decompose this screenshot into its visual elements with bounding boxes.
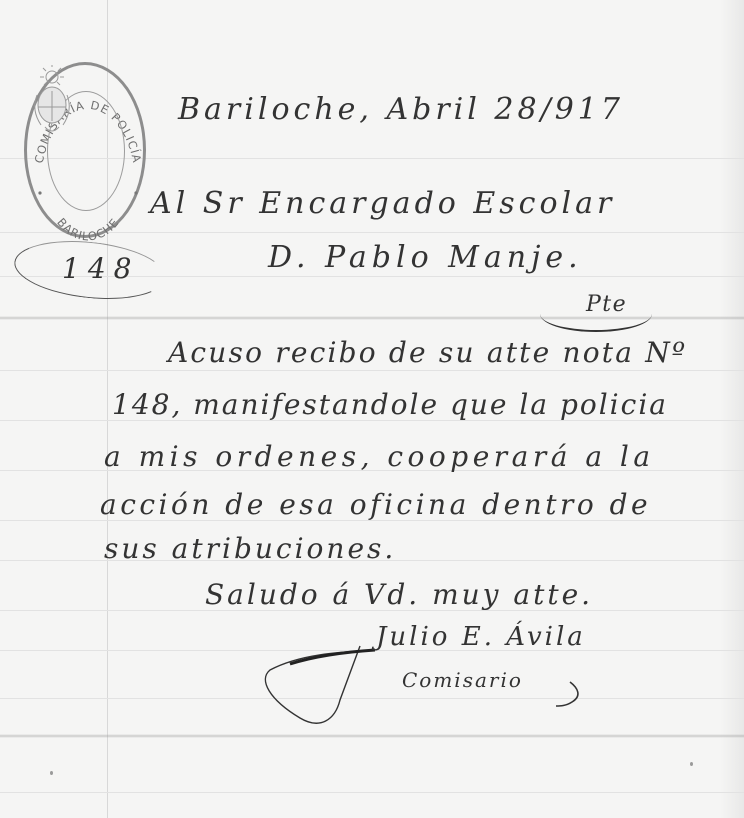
closing-salutation: Saludo á Vd. muy atte. (205, 578, 593, 611)
argentine-coat-of-arms-icon (27, 65, 77, 145)
scanned-letter-page: COMISARÍA DE POLICÍA BARILOCHE 148 Baril… (0, 0, 744, 818)
ruled-line (0, 370, 744, 371)
body-line-1: Acuso recibo de su atte nota Nº (168, 336, 687, 369)
paper-fold (0, 734, 744, 738)
paper-speck (690, 762, 693, 766)
body-line-4: acción de esa oficina dentro de (100, 488, 651, 521)
reference-number: 148 (62, 252, 139, 285)
body-line-3: a mis ordenes, cooperará a la (104, 440, 655, 473)
body-line-2: 148, manifestandole que la policia (112, 388, 668, 421)
stamp-bottom-text: BARILOCHE (54, 215, 122, 241)
svg-text:BARILOCHE: BARILOCHE (54, 215, 122, 241)
recipient-abbrev: Pte (586, 292, 627, 317)
signature-name: Julio E. Ávila (376, 622, 586, 652)
police-stamp: COMISARÍA DE POLICÍA BARILOCHE (24, 62, 146, 238)
place-date: Bariloche, Abril 28/917 (178, 92, 624, 127)
paper-speck (50, 771, 53, 775)
signature-title: Comisario (402, 668, 523, 692)
recipient-line-1: Al Sr Encargado Escolar (150, 186, 615, 221)
body-line-5: sus atribuciones. (104, 532, 396, 565)
ruled-line (0, 792, 744, 793)
recipient-name: D. Pablo Manje. (268, 240, 583, 275)
